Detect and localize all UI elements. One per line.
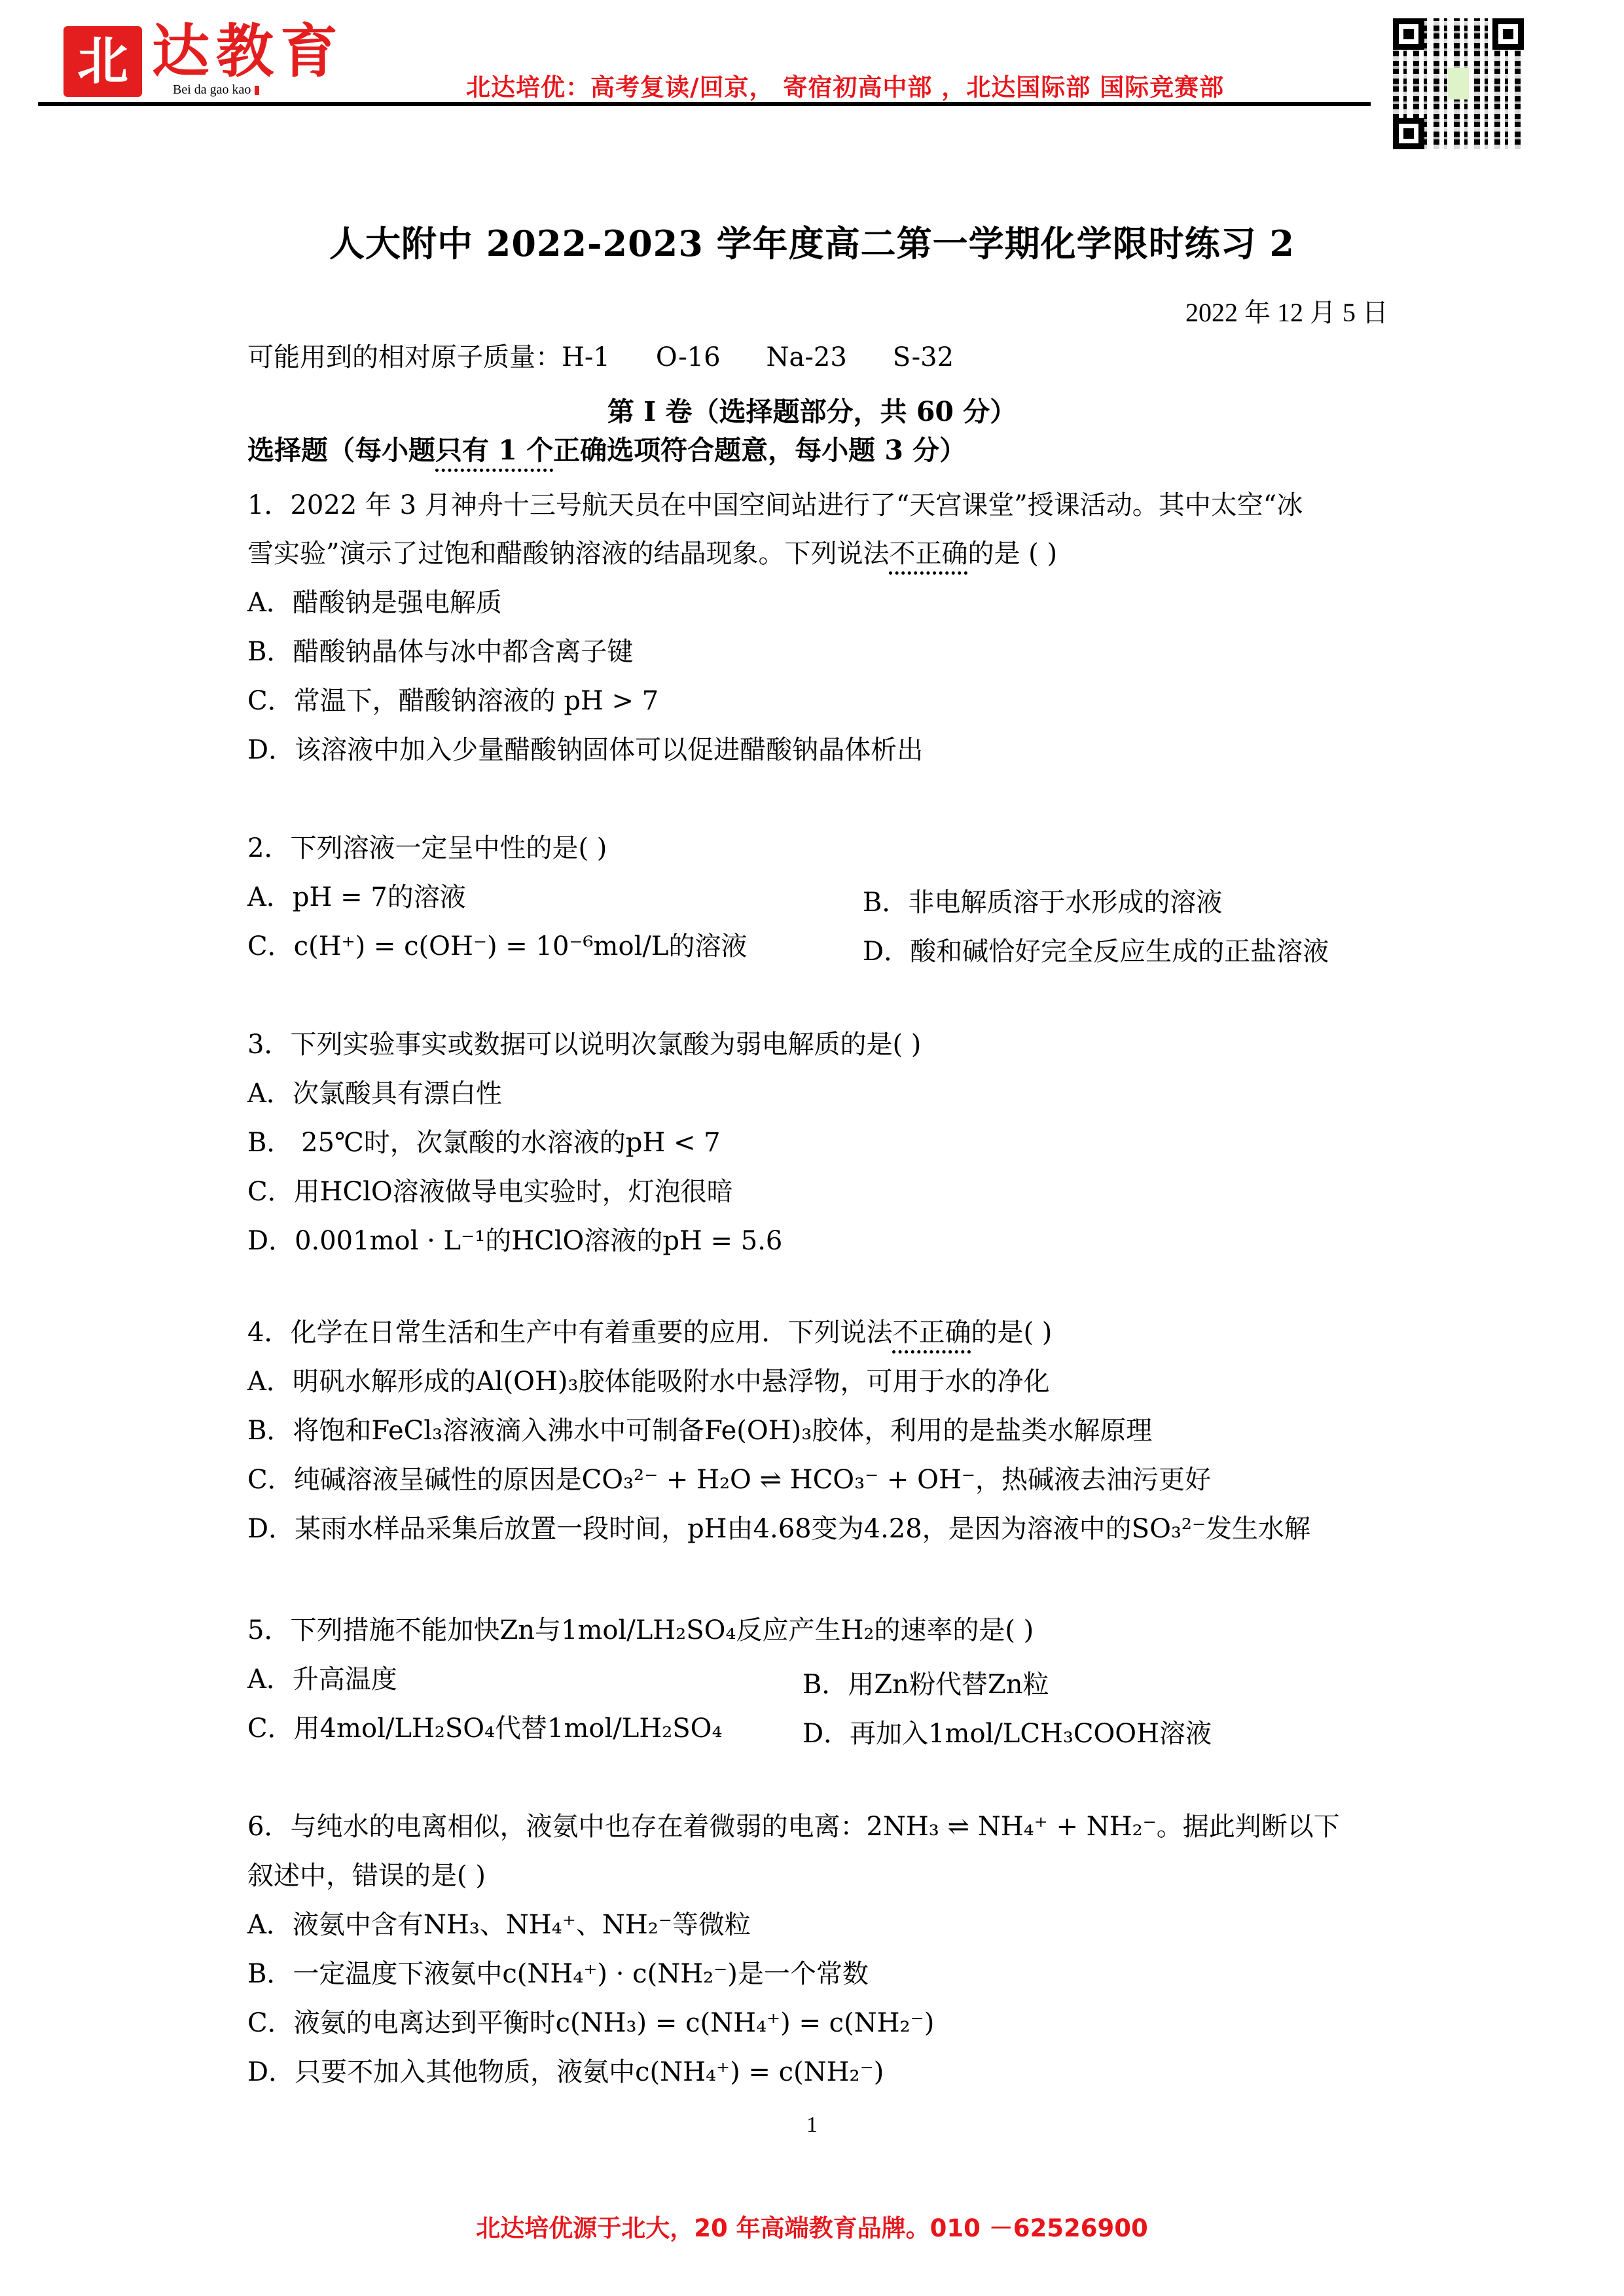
document-date: 2022 年 12 月 5 日 (1185, 292, 1388, 329)
question-6-stem: 6．与纯水的电离相似，液氨中也存在着微弱的电离：2NH₃ ⇌ NH₄⁺ + NH… (247, 1811, 1340, 1842)
question-2-stem: 2．下列溶液一定呈中性的是( ) (247, 833, 607, 864)
question-text: 化学在日常生活和生产中有着重要的应用．下列说法 (290, 1318, 892, 1348)
question-text: 的是( ) (971, 1318, 1052, 1348)
question-4-stem: 4．化学在日常生活和生产中有着重要的应用．下列说法不正确的是( ) (247, 1317, 1052, 1348)
atomic-masses: 可能用到的相对原子质量：H-1O-16Na-23S-32 (247, 342, 954, 373)
atomic-mass: Na-23 (767, 342, 847, 372)
question-text: 雪实验”演示了过饱和醋酸钠溶液的结晶现象。下列说法 (247, 539, 889, 569)
question-6-option-b: B．一定温度下液氨中c(NH₄⁺) · c(NH₂⁻)是一个常数 (247, 1958, 869, 1990)
logo-subtitle-mark (255, 86, 259, 95)
instructions-text: 选择题（每小题 (247, 435, 435, 466)
question-6-stem-line2: 叙述中，错误的是( ) (247, 1860, 486, 1892)
question-text: 下列实验事实或数据可以说明次氯酸为弱电解质的是( ) (290, 1030, 921, 1060)
instructions: 选择题（每小题只有 1 个正确选项符合题意，每小题 3 分） (247, 435, 966, 467)
qr-logo-icon (1448, 68, 1469, 99)
logo-subtitle: Bei da gao kao (173, 82, 259, 98)
question-6-option-d: D．只要不加入其他物质，液氨中c(NH₄⁺) = c(NH₂⁻) (247, 2056, 884, 2088)
logo-mark: 北 (63, 26, 142, 97)
question-text: 2022 年 3 月神舟十三号航天员在中国空间站进行了“天宫课堂”授课活动。其中… (290, 490, 1303, 520)
question-4-option-c: C．纯碱溶液呈碱性的原因是CO₃²⁻ + H₂O ⇌ HCO₃⁻ + OH⁻，热… (247, 1464, 1211, 1496)
question-3-stem: 3．下列实验事实或数据可以说明次氯酸为弱电解质的是( ) (247, 1029, 921, 1060)
question-5-option-b: B．用Zn粉代替Zn粒 (803, 1664, 1049, 1701)
question-emphasis: 不正确 (889, 539, 967, 569)
question-5-option-c: C．用4mol/LH₂SO₄代替1mol/LH₂SO₄ (247, 1713, 723, 1744)
document-title: 人大附中 2022-2023 学年度高二第一学期化学限时练习 2 (0, 216, 1624, 266)
header-slogan: 北达培优：高考复读/回京， 寄宿初高中部 ，北达国际部 国际竞赛部 (466, 67, 1224, 103)
question-5-stem: 5．下列措施不能加快Zn与1mol/LH₂SO₄反应产生H₂的速率的是( ) (247, 1615, 1034, 1646)
qr-finder-icon (1393, 18, 1424, 50)
question-1-option-b: B．醋酸钠晶体与冰中都含离子键 (247, 636, 633, 668)
qr-code-icon (1393, 18, 1524, 149)
question-4-option-d: D．某雨水样品采集后放置一段时间，pH由4.68变为4.28，是因为溶液中的SO… (247, 1513, 1310, 1545)
question-number: 5． (247, 1615, 290, 1645)
atomic-mass: O-16 (656, 342, 721, 372)
question-2-option-b: B．非电解质溶于水形成的溶液 (863, 882, 1222, 919)
atomic-mass: H-1 (562, 342, 610, 372)
question-5-option-d: D．再加入1mol/LCH₃COOH溶液 (803, 1713, 1212, 1750)
question-text: 的是 ( ) (967, 539, 1057, 569)
question-number: 6． (247, 1812, 290, 1842)
instructions-text: 正确选项符合题意，每小题 3 分） (553, 435, 966, 466)
atomic-masses-label: 可能用到的相对原子质量： (247, 342, 562, 372)
question-number: 2． (247, 833, 290, 863)
question-2-option-d: D．酸和碱恰好完全反应生成的正盐溶液 (863, 931, 1329, 968)
question-text: 下列措施不能加快Zn与1mol/LH₂SO₄反应产生H₂的速率的是( ) (290, 1615, 1034, 1645)
question-1-option-d: D．该溶液中加入少量醋酸钠固体可以促进醋酸钠晶体析出 (247, 734, 923, 766)
question-1-option-a: A．醋酸钠是强电解质 (247, 587, 502, 619)
question-text: 与纯水的电离相似，液氨中也存在着微弱的电离：2NH₃ ⇌ NH₄⁺ + NH₂⁻… (290, 1812, 1339, 1842)
logo-mark-char: 北 (77, 36, 128, 87)
question-number: 3． (247, 1030, 290, 1060)
section-title: 第 I 卷（选择题部分，共 60 分） (0, 390, 1624, 429)
footer-slogan: 北达培优源于北大，20 年高端教育品牌。010 －62526900 (0, 2208, 1624, 2244)
question-3-option-b: B． 25℃时，次氯酸的水溶液的pH < 7 (247, 1127, 721, 1158)
question-3-option-a: A．次氯酸具有漂白性 (247, 1078, 502, 1109)
question-6-option-c: C．液氨的电离达到平衡时c(NH₃) = c(NH₄⁺) = c(NH₂⁻) (247, 2007, 934, 2039)
question-6-option-a: A．液氨中含有NH₃、NH₄⁺、NH₂⁻等微粒 (247, 1909, 751, 1941)
question-number: 4． (247, 1318, 290, 1348)
question-text: 下列溶液一定呈中性的是( ) (290, 833, 607, 863)
atomic-mass: S-32 (893, 342, 954, 372)
question-3-option-c: C．用HClO溶液做导电实验时，灯泡很暗 (247, 1176, 733, 1208)
question-emphasis: 不正确 (892, 1318, 971, 1348)
question-2-option-a: A．pH = 7的溶液 (247, 882, 466, 913)
qr-finder-icon (1393, 118, 1424, 149)
question-number: 1． (247, 490, 290, 520)
question-1-stem-line2: 雪实验”演示了过饱和醋酸钠溶液的结晶现象。下列说法不正确的是 ( ) (247, 538, 1057, 569)
question-1-option-c: C．常温下，醋酸钠溶液的 pH > 7 (247, 685, 659, 717)
question-3-option-d: D．0.001mol · L⁻¹的HClO溶液的pH = 5.6 (247, 1225, 782, 1257)
qr-finder-icon (1492, 18, 1524, 50)
logo-text: 达教育 (152, 22, 344, 80)
question-5-option-a: A．升高温度 (247, 1664, 397, 1695)
logo-subtitle-text: Bei da gao kao (173, 82, 251, 97)
question-4-option-b: B．将饱和FeCl₃溶液滴入沸水中可制备Fe(OH)₃胶体，利用的是盐类水解原理 (247, 1415, 1152, 1446)
question-1-stem: 1．2022 年 3 月神舟十三号航天员在中国空间站进行了“天宫课堂”授课活动。… (247, 490, 1303, 521)
question-4-option-a: A．明矾水解形成的Al(OH)₃胶体能吸附水中悬浮物，可用于水的净化 (247, 1366, 1050, 1397)
header-divider (38, 102, 1371, 106)
question-2-option-c: C．c(H⁺) = c(OH⁻) = 10⁻⁶mol/L的溶液 (247, 931, 747, 962)
page-number: 1 (0, 2113, 1624, 2138)
instructions-emphasis: 只有 1 个 (435, 435, 553, 466)
